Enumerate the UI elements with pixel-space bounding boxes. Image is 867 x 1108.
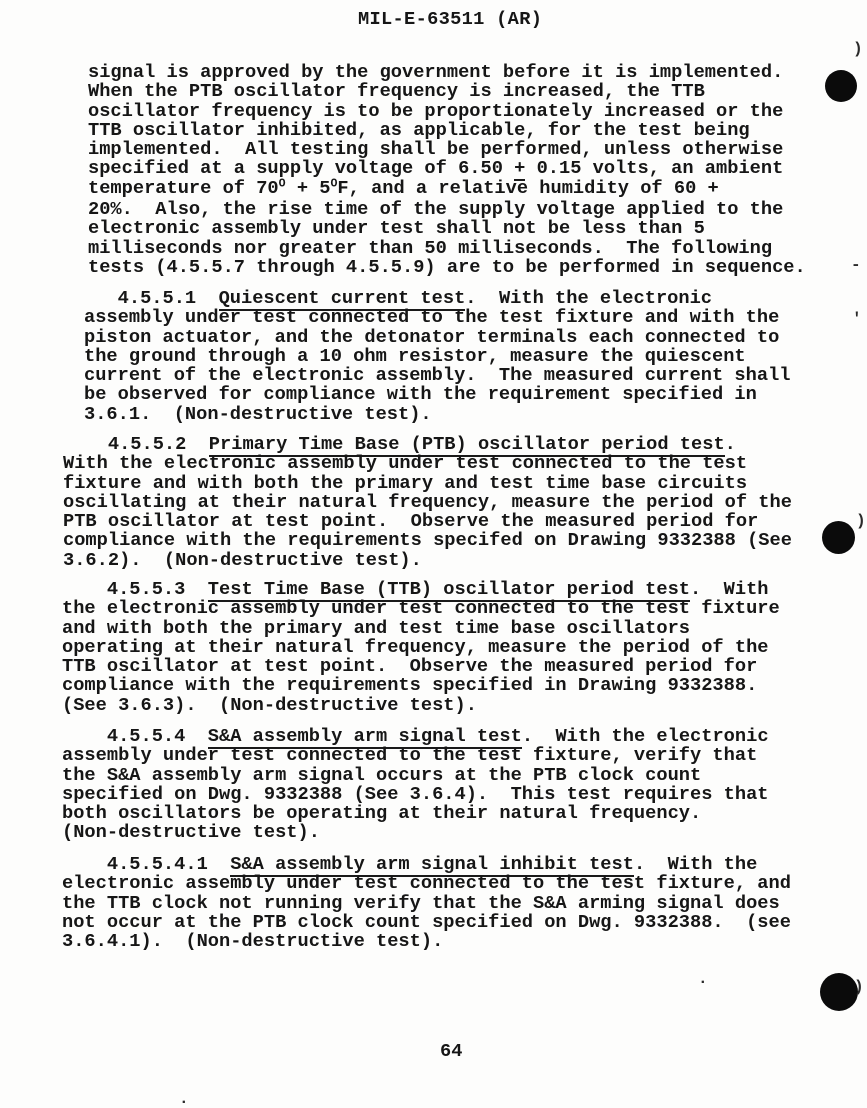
section-4-5-5-3-ttb-oscillator-period-test: 4.5.5.3 Test Time Base (TTB) oscillator …: [62, 580, 780, 715]
scan-stray-mark: .: [179, 1090, 189, 1108]
registration-dot: [825, 70, 857, 102]
text-run: (See 3.6.3). (Non-destructive test).: [62, 694, 477, 716]
text-run: 3.6.2). (Non-destructive test).: [63, 549, 422, 571]
text-run: tests (4.5.5.7 through 4.5.5.9) are to b…: [88, 256, 806, 278]
scan-stray-mark: ': [852, 310, 862, 328]
registration-dot: [820, 973, 858, 1011]
scan-stray-mark: ): [853, 40, 863, 58]
text-line: 3.6.4.1). (Non-destructive test).: [62, 932, 791, 951]
document-id-header: MIL-E-63511 (AR): [358, 8, 542, 30]
section-4-5-5-4-1-sa-arm-signal-inhibit-test: 4.5.5.4.1 S&A assembly arm signal inhibi…: [62, 855, 791, 951]
text-line: 3.6.1. (Non-destructive test).: [84, 405, 791, 424]
text-run: 3.6.1. (Non-destructive test).: [84, 403, 432, 425]
scan-stray-mark: ): [856, 512, 866, 530]
text-run: O: [279, 174, 286, 193]
text-run: 3.6.4.1). (Non-destructive test).: [62, 930, 443, 952]
text-run: O: [330, 174, 337, 193]
scan-stray-mark: .: [698, 970, 708, 988]
page-number: 64: [440, 1040, 462, 1062]
text-run: F, and a relative humidity of 60 +: [337, 177, 718, 199]
text-line: (Non-destructive test).: [62, 823, 769, 842]
scan-stray-mark: ): [854, 978, 864, 996]
section-4-5-5-4-sa-assembly-arm-signal-test: 4.5.5.4 S&A assembly arm signal test. Wi…: [62, 727, 769, 843]
scan-stray-mark: -: [851, 256, 861, 274]
section-4-5-5-2-ptb-oscillator-period-test: 4.5.5.2 Primary Time Base (PTB) oscillat…: [63, 435, 792, 570]
text-line: (See 3.6.3). (Non-destructive test).: [62, 696, 780, 715]
scanned-document-page: MIL-E-63511 (AR) signal is approved by t…: [0, 0, 867, 1108]
text-run: + 5: [286, 177, 331, 199]
text-run: temperature of 70: [88, 177, 279, 199]
section-4-5-5-1-quiescent-current-test: 4.5.5.1 Quiescent current test. With the…: [84, 289, 791, 424]
text-line: 3.6.2). (Non-destructive test).: [63, 551, 792, 570]
text-line: tests (4.5.5.7 through 4.5.5.9) are to b…: [88, 258, 806, 277]
intro-paragraph: signal is approved by the government bef…: [88, 63, 806, 277]
registration-dot: [822, 521, 855, 554]
text-line: temperature of 70O + 5OF, and a relative…: [88, 179, 806, 200]
text-run: (Non-destructive test).: [62, 821, 320, 843]
